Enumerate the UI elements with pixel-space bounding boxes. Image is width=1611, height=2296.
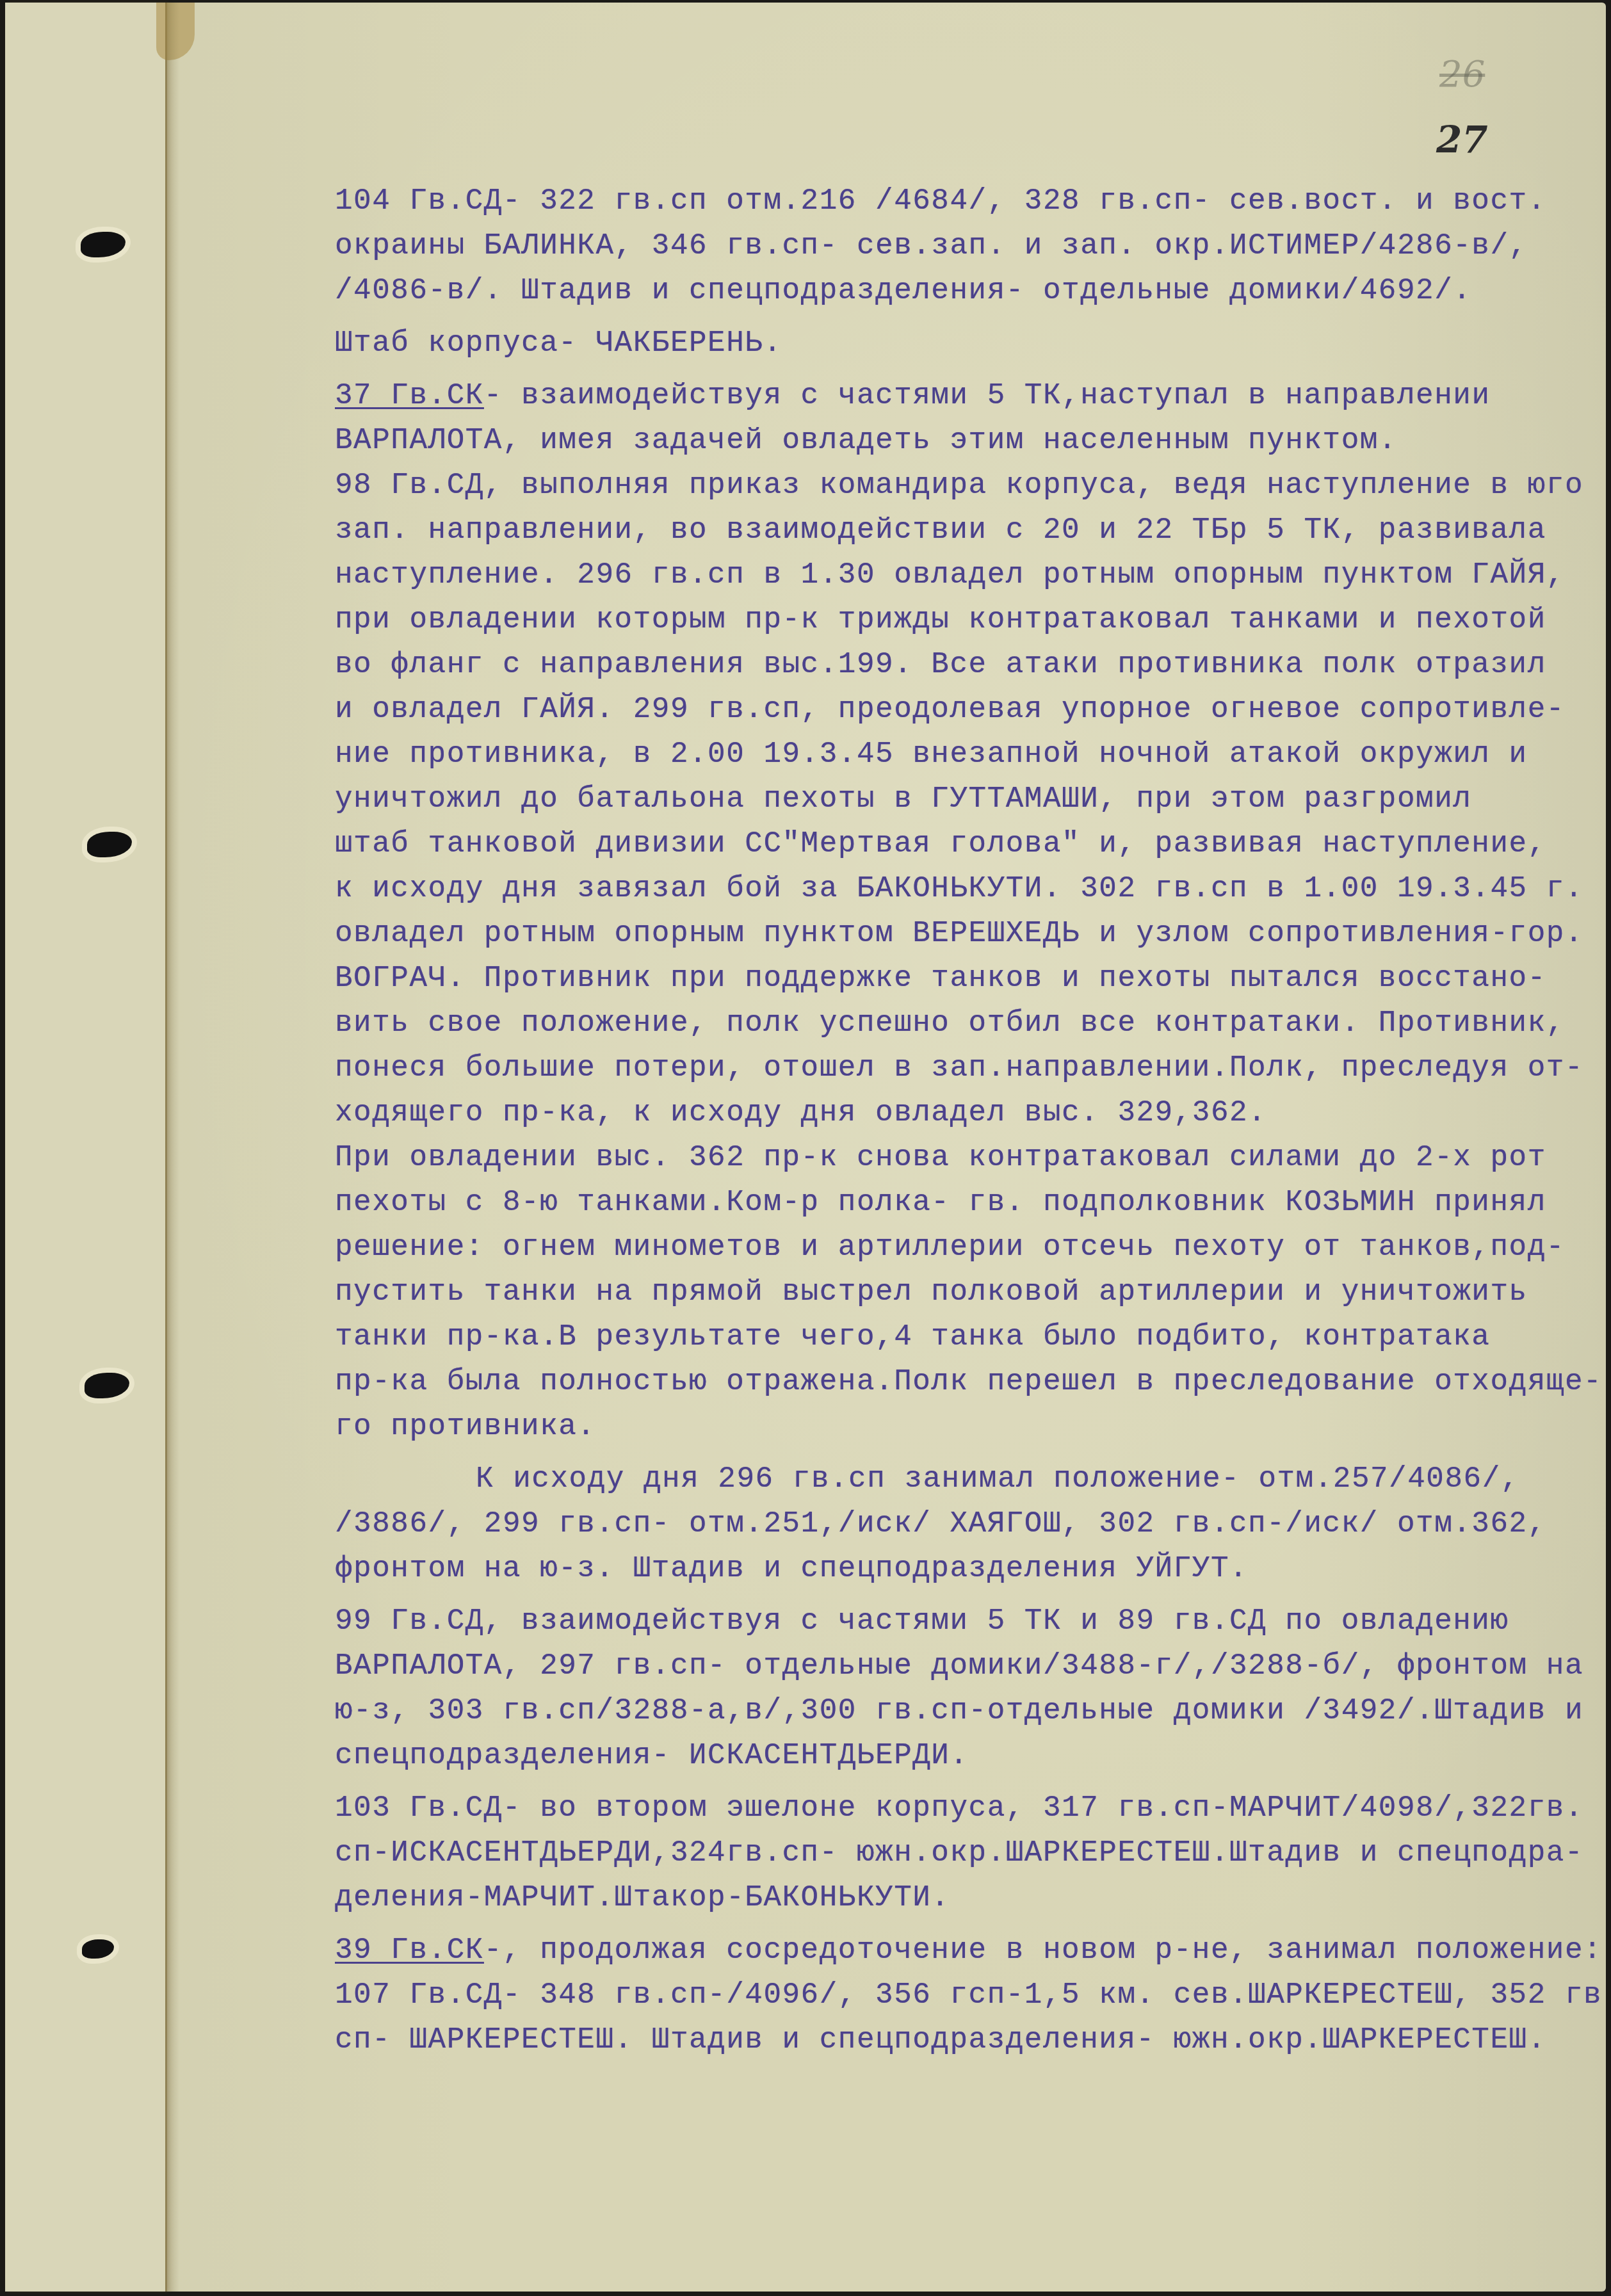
text-line: го противника. [335, 1404, 1609, 1449]
corps-heading: 37 Гв.СК [335, 379, 484, 412]
text-line: фронтом на ю-з. Штадив и спецподразделен… [335, 1546, 1609, 1591]
text-line: 103 Гв.СД- во втором эшелоне корпуса, 31… [335, 1786, 1609, 1831]
crossed-out-page-number: 26 [1439, 54, 1485, 95]
text-line: пехоты с 8-ю танками.Ком-р полка- гв. по… [335, 1180, 1609, 1225]
text-line: вить свое положение, полк успешно отбил … [335, 1001, 1609, 1046]
text-fragment: -, продолжая сосредоточение в новом р-не… [484, 1934, 1602, 1967]
text-line: 98 Гв.СД, выполняя приказ командира корп… [335, 463, 1609, 508]
text-line: к исходу дня завязал бой за БАКОНЬКУТИ. … [335, 866, 1609, 911]
text-line: штаб танковой дивизии СС"Мертвая голова"… [335, 821, 1609, 866]
text-line: сп- ШАРКЕРЕСТЕШ. Штадив и спецподразделе… [335, 2017, 1609, 2062]
text-line: овладел ротным опорным пунктом ВЕРЕШХЕДЬ… [335, 911, 1609, 956]
text-line: уничтожил до батальона пехоты в ГУТТАМАШ… [335, 777, 1609, 821]
text-line: 37 Гв.СК- взаимодействуя с частями 5 ТК,… [335, 373, 1609, 418]
text-line: Штаб корпуса- ЧАКБЕРЕНЬ. [335, 321, 1609, 366]
text-line: во фланг с направления выс.199. Все атак… [335, 642, 1609, 687]
text-line: 104 Гв.СД- 322 гв.сп отм.216 /4684/, 328… [335, 179, 1609, 223]
text-line: При овладении выс. 362 пр-к снова контра… [335, 1135, 1609, 1180]
text-line: 107 Гв.СД- 348 гв.сп-/4096/, 356 гсп-1,5… [335, 1973, 1609, 2017]
text-line: решение: огнем минометов и артиллерии от… [335, 1225, 1609, 1270]
text-line: ВАРПАЛОТА, 297 гв.сп- отдельные домики/3… [335, 1644, 1609, 1688]
text-line: сп-ИСКАСЕНТДЬЕРДИ,324гв.сп- южн.окр.ШАРК… [335, 1831, 1609, 1875]
text-line: ходящего пр-ка, к исходу дня овладел выс… [335, 1090, 1609, 1135]
text-line: танки пр-ка.В результате чего,4 танка бы… [335, 1314, 1609, 1359]
text-line: деления-МАРЧИТ.Штакор-БАКОНЬКУТИ. [335, 1875, 1609, 1920]
text-line: наступление. 296 гв.сп в 1.30 овладел ро… [335, 553, 1609, 597]
text-line: /3886/, 299 гв.сп- отм.251,/иск/ ХАЯГОШ,… [335, 1501, 1609, 1546]
text-line: и овладел ГАЙЯ. 299 гв.сп, преодолевая у… [335, 687, 1609, 732]
text-line: ние противника, в 2.00 19.3.45 внезапной… [335, 732, 1609, 777]
text-line: К исходу дня 296 гв.сп занимал положение… [335, 1457, 1609, 1501]
text-line: ВАРПАЛОТА, имея задачей овладеть этим на… [335, 418, 1609, 463]
text-line: зап. направлении, во взаимодействии с 20… [335, 508, 1609, 553]
corps-heading: 39 Гв.СК [335, 1934, 484, 1967]
text-line: 99 Гв.СД, взаимодействуя с частями 5 ТК … [335, 1599, 1609, 1644]
text-line: окраины БАЛИНКА, 346 гв.сп- сев.зап. и з… [335, 223, 1609, 268]
text-line: /4086-в/. Штадив и спецподразделения- от… [335, 268, 1609, 313]
page-number: 27 [1436, 118, 1488, 161]
text-line: пр-ка была полностью отражена.Полк переш… [335, 1359, 1609, 1404]
text-line: спецподразделения- ИСКАСЕНТДЬЕРДИ. [335, 1733, 1609, 1778]
text-fragment: - взаимодействуя с частями 5 ТК,наступал… [484, 379, 1491, 412]
text-line: понеся большие потери, отошел в зап.напр… [335, 1046, 1609, 1090]
fold-line [165, 3, 179, 2292]
text-line: ВОГРАЧ. Противник при поддержке танков и… [335, 956, 1609, 1001]
text-line: ю-з, 303 гв.сп/3288-а,в/,300 гв.сп-отдел… [335, 1688, 1609, 1733]
typewritten-text: 104 Гв.СД- 322 гв.сп отм.216 /4684/, 328… [335, 179, 1609, 2062]
text-line: при овладении которым пр-к трижды контра… [335, 597, 1609, 642]
text-line: 39 Гв.СК-, продолжая сосредоточение в но… [335, 1928, 1609, 1973]
text-line: пустить танки на прямой выстрел полковой… [335, 1270, 1609, 1314]
document-page: 26 27 104 Гв.СД- 322 гв.сп отм.216 /4684… [5, 3, 1606, 2292]
